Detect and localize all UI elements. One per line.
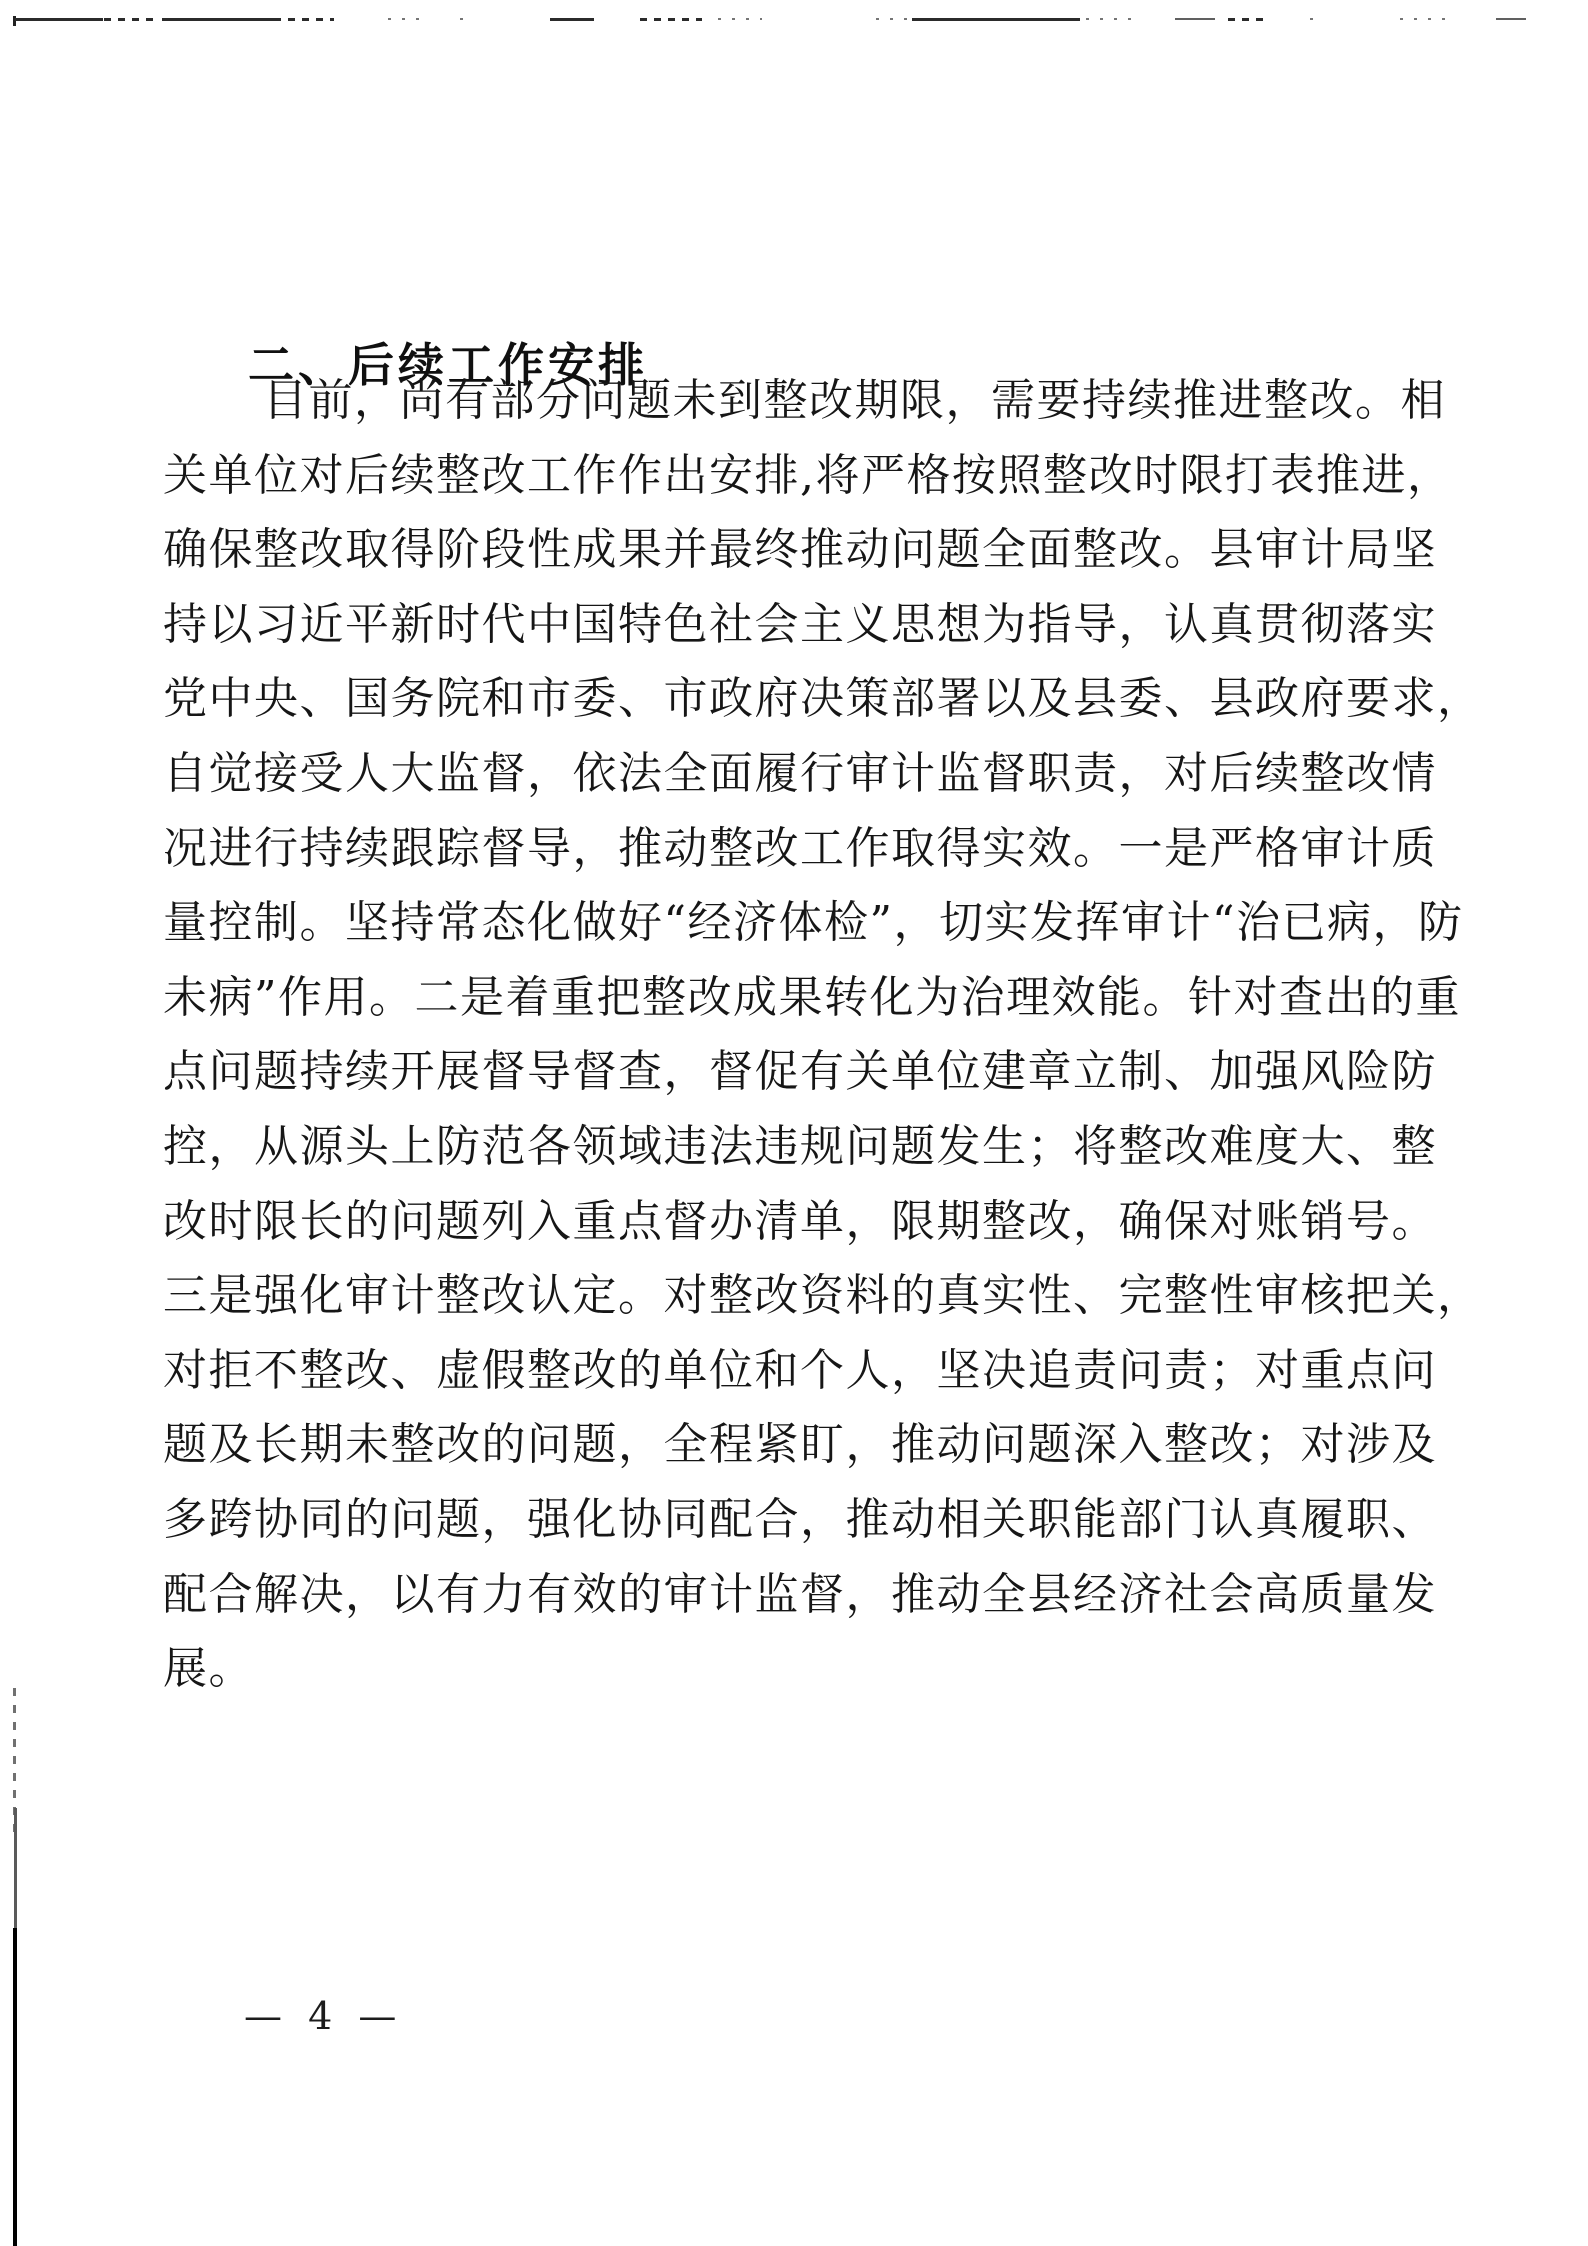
- scan-dash: [876, 18, 910, 20]
- scan-artifact-left-edge-gray: [14, 1808, 17, 1933]
- paragraph-line: 确保整改取得阶段性成果并最终推动问题全面整改。县审计局坚: [163, 513, 1463, 588]
- scan-artifact-top-edge: [0, 16, 1588, 26]
- scan-dash: [388, 18, 422, 20]
- paragraph-line: 控，从源头上防范各领域违法违规问题发生；将整改难度大、整: [163, 1110, 1463, 1185]
- paragraph: 目前，尚有部分问题未到整改期限，需要持续推进整改。相 关单位对后续整改工作作出安…: [163, 364, 1463, 1707]
- scan-dash: [460, 18, 466, 20]
- paragraph-line: 配合解决，以有力有效的审计监督，推动全县经济社会高质量发: [163, 1558, 1463, 1633]
- scan-dash: [1496, 18, 1526, 20]
- paragraph-line: 况进行持续跟踪督导，推动整改工作取得实效。一是严格审计质: [163, 812, 1463, 887]
- paragraph-line: 题及长期未整改的问题，全程紧盯，推动问题深入整改；对涉及: [163, 1408, 1463, 1483]
- scan-dash: [1086, 18, 1136, 20]
- scan-dash: [274, 18, 334, 21]
- paragraph-line: 三是强化审计整改认定。对整改资料的真实性、完整性审核把关，: [163, 1259, 1463, 1334]
- paragraph-line: 自觉接受人大监督，依法全面履行审计监督职责，对后续整改情: [163, 737, 1463, 812]
- paragraph-line: 展。: [163, 1632, 1463, 1707]
- paragraph-line: 持以习近平新时代中国特色社会主义思想为指导，认真贯彻落实: [163, 588, 1463, 663]
- scan-dash: [550, 18, 594, 21]
- paragraph-line: 目前，尚有部分问题未到整改期限，需要持续推进整改。相: [163, 364, 1463, 439]
- paragraph-line: 量控制。坚持常态化做好“经济体检”，切实发挥审计“治已病，防: [163, 886, 1463, 961]
- paragraph-line: 党中央、国务院和市委、市政府决策部署以及县委、县政府要求，: [163, 662, 1463, 737]
- scan-artifact-left-edge-solid: [13, 1928, 17, 2246]
- scan-dash: [1400, 18, 1452, 20]
- scan-dash: [1310, 18, 1318, 20]
- paragraph-line: 点问题持续开展督导督查，督促有关单位建章立制、加强风险防: [163, 1035, 1463, 1110]
- scan-dash: [640, 18, 702, 21]
- scan-dash: [162, 18, 274, 21]
- document-page: 二、后续工作安排 目前，尚有部分问题未到整改期限，需要持续推进整改。相 关单位对…: [0, 0, 1588, 2246]
- paragraph-line: 对拒不整改、虚假整改的单位和个人，坚决追责问责；对重点问: [163, 1334, 1463, 1409]
- scan-dash: [912, 18, 1080, 21]
- paragraph-line: 改时限长的问题列入重点督办清单，限期整改，确保对账销号。: [163, 1185, 1463, 1260]
- page-number: — 4 —: [244, 1994, 403, 2038]
- scan-dash: [718, 18, 762, 20]
- scan-dash: [1228, 18, 1270, 21]
- scan-dash: [1175, 18, 1215, 20]
- paragraph-line: 未病”作用。二是着重把整改成果转化为治理效能。针对查出的重: [163, 961, 1463, 1036]
- paragraph-line: 关单位对后续整改工作作出安排,将严格按照整改时限打表推进，: [163, 439, 1463, 514]
- paragraph-line: 多跨协同的问题，强化协同配合，推动相关职能部门认真履职、: [163, 1483, 1463, 1558]
- scan-dash: [104, 18, 159, 21]
- scan-dash: [15, 18, 103, 21]
